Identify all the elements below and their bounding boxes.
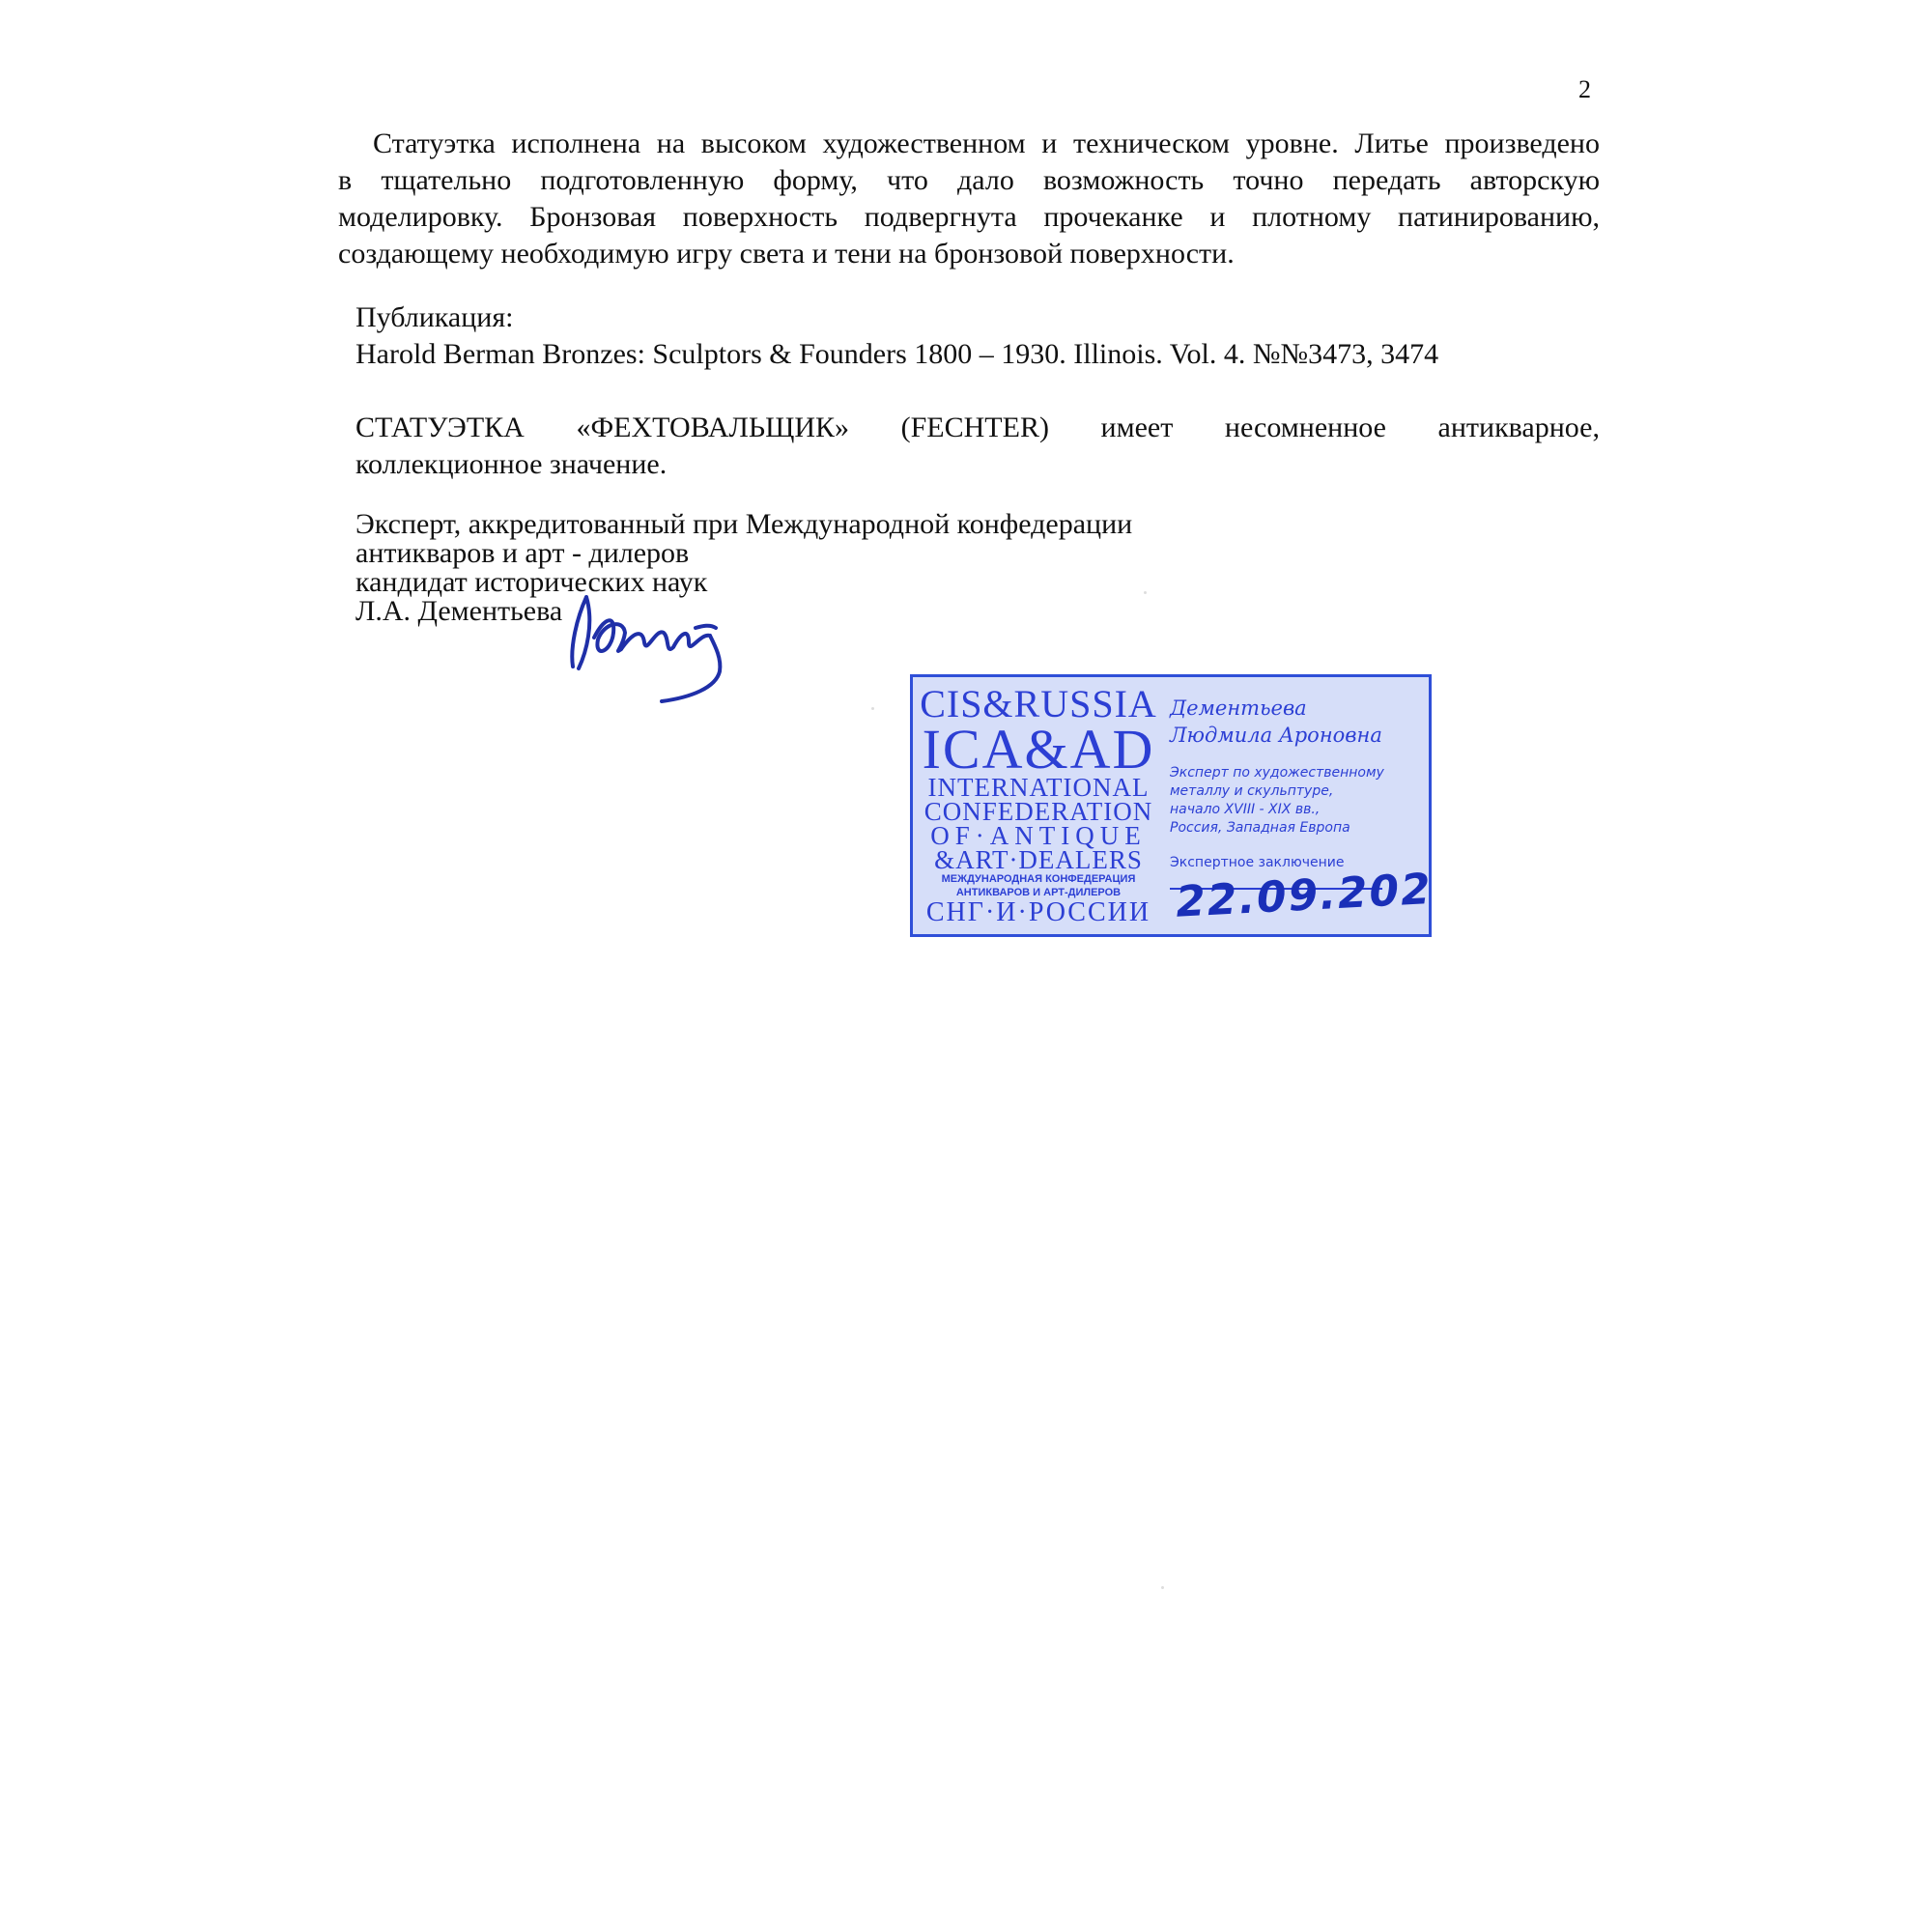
paragraph-line: создающему необходимую игру света и тени… bbox=[355, 236, 1600, 272]
conclusion-section: СТАТУЭТКА «ФЕХТОВАЛЬЩИК» (FECHTER) имеет… bbox=[355, 410, 1600, 483]
stamp-specialty-line: Россия, Западная Европа bbox=[1170, 819, 1431, 838]
stamp-logo-text: ICA&AD bbox=[919, 724, 1158, 776]
expert-title: Эксперт, аккредитованный при Международн… bbox=[355, 510, 1225, 539]
stamp-specialty-line: начало XVIII - XIX вв., bbox=[1170, 801, 1431, 819]
stamp-line: &ART·DEALERS bbox=[919, 848, 1158, 872]
conclusion-line-2: коллекционное значение. bbox=[355, 446, 1600, 483]
conclusion-word: антикварное, bbox=[1438, 410, 1600, 446]
stamp-given-names: Людмила Ароновна bbox=[1170, 722, 1431, 749]
stamp-expert-block: Дементьева Людмила Ароновна Эксперт по х… bbox=[1170, 695, 1431, 890]
expert-stamp: CIS&RUSSIA ICA&AD INTERNATIONAL CONFEDER… bbox=[910, 674, 1432, 937]
conclusion-word: (FECHTER) bbox=[901, 410, 1049, 446]
scan-speck bbox=[1144, 591, 1147, 594]
stamp-specialty-line: металлу и скульптуре, bbox=[1170, 782, 1431, 801]
stamp-specialty: Эксперт по художественному металлу и ску… bbox=[1170, 764, 1431, 838]
stamp-line: СНГ·И·РОССИИ bbox=[919, 899, 1158, 926]
handwritten-signature bbox=[565, 580, 758, 705]
stamp-surname: Дементьева bbox=[1170, 695, 1431, 722]
conclusion-word: имеет bbox=[1101, 410, 1174, 446]
scan-speck bbox=[871, 707, 874, 710]
paragraph-line: Статуэтка исполнена на высоком художеств… bbox=[355, 126, 1600, 162]
paragraph-line: моделировку. Бронзовая поверхность подве… bbox=[355, 199, 1600, 236]
conclusion-word: «ФЕХТОВАЛЬЩИК» bbox=[576, 410, 849, 446]
stamp-specialty-line: Эксперт по художественному bbox=[1170, 764, 1431, 782]
expert-credentials: Эксперт, аккредитованный при Международн… bbox=[355, 510, 1225, 626]
conclusion-word: СТАТУЭТКА bbox=[355, 410, 525, 446]
description-paragraph: Статуэтка исполнена на высоком художеств… bbox=[355, 126, 1600, 272]
stamp-line: МЕЖДУНАРОДНАЯ КОНФЕДЕРАЦИЯ bbox=[919, 872, 1158, 886]
expert-title-cont: антикваров и арт - дилеров bbox=[355, 539, 1225, 568]
expert-degree: кандидат исторических наук bbox=[355, 568, 1225, 597]
publication-section: Публикация: Harold Berman Bronzes: Sculp… bbox=[355, 299, 1600, 373]
paragraph-line: в тщательно подготовленную форму, что да… bbox=[355, 162, 1600, 199]
conclusion-word: несомненное bbox=[1225, 410, 1386, 446]
publication-reference: Harold Berman Bronzes: Sculptors & Found… bbox=[355, 336, 1600, 373]
scan-speck bbox=[1161, 1586, 1164, 1589]
conclusion-line-1: СТАТУЭТКА «ФЕХТОВАЛЬЩИК» (FECHTER) имеет… bbox=[355, 410, 1600, 446]
expert-name: Л.А. Дементьева bbox=[355, 597, 1225, 626]
stamp-organization-block: CIS&RUSSIA ICA&AD INTERNATIONAL CONFEDER… bbox=[919, 685, 1158, 926]
page-number: 2 bbox=[1578, 75, 1591, 104]
publication-label: Публикация: bbox=[355, 299, 1600, 336]
